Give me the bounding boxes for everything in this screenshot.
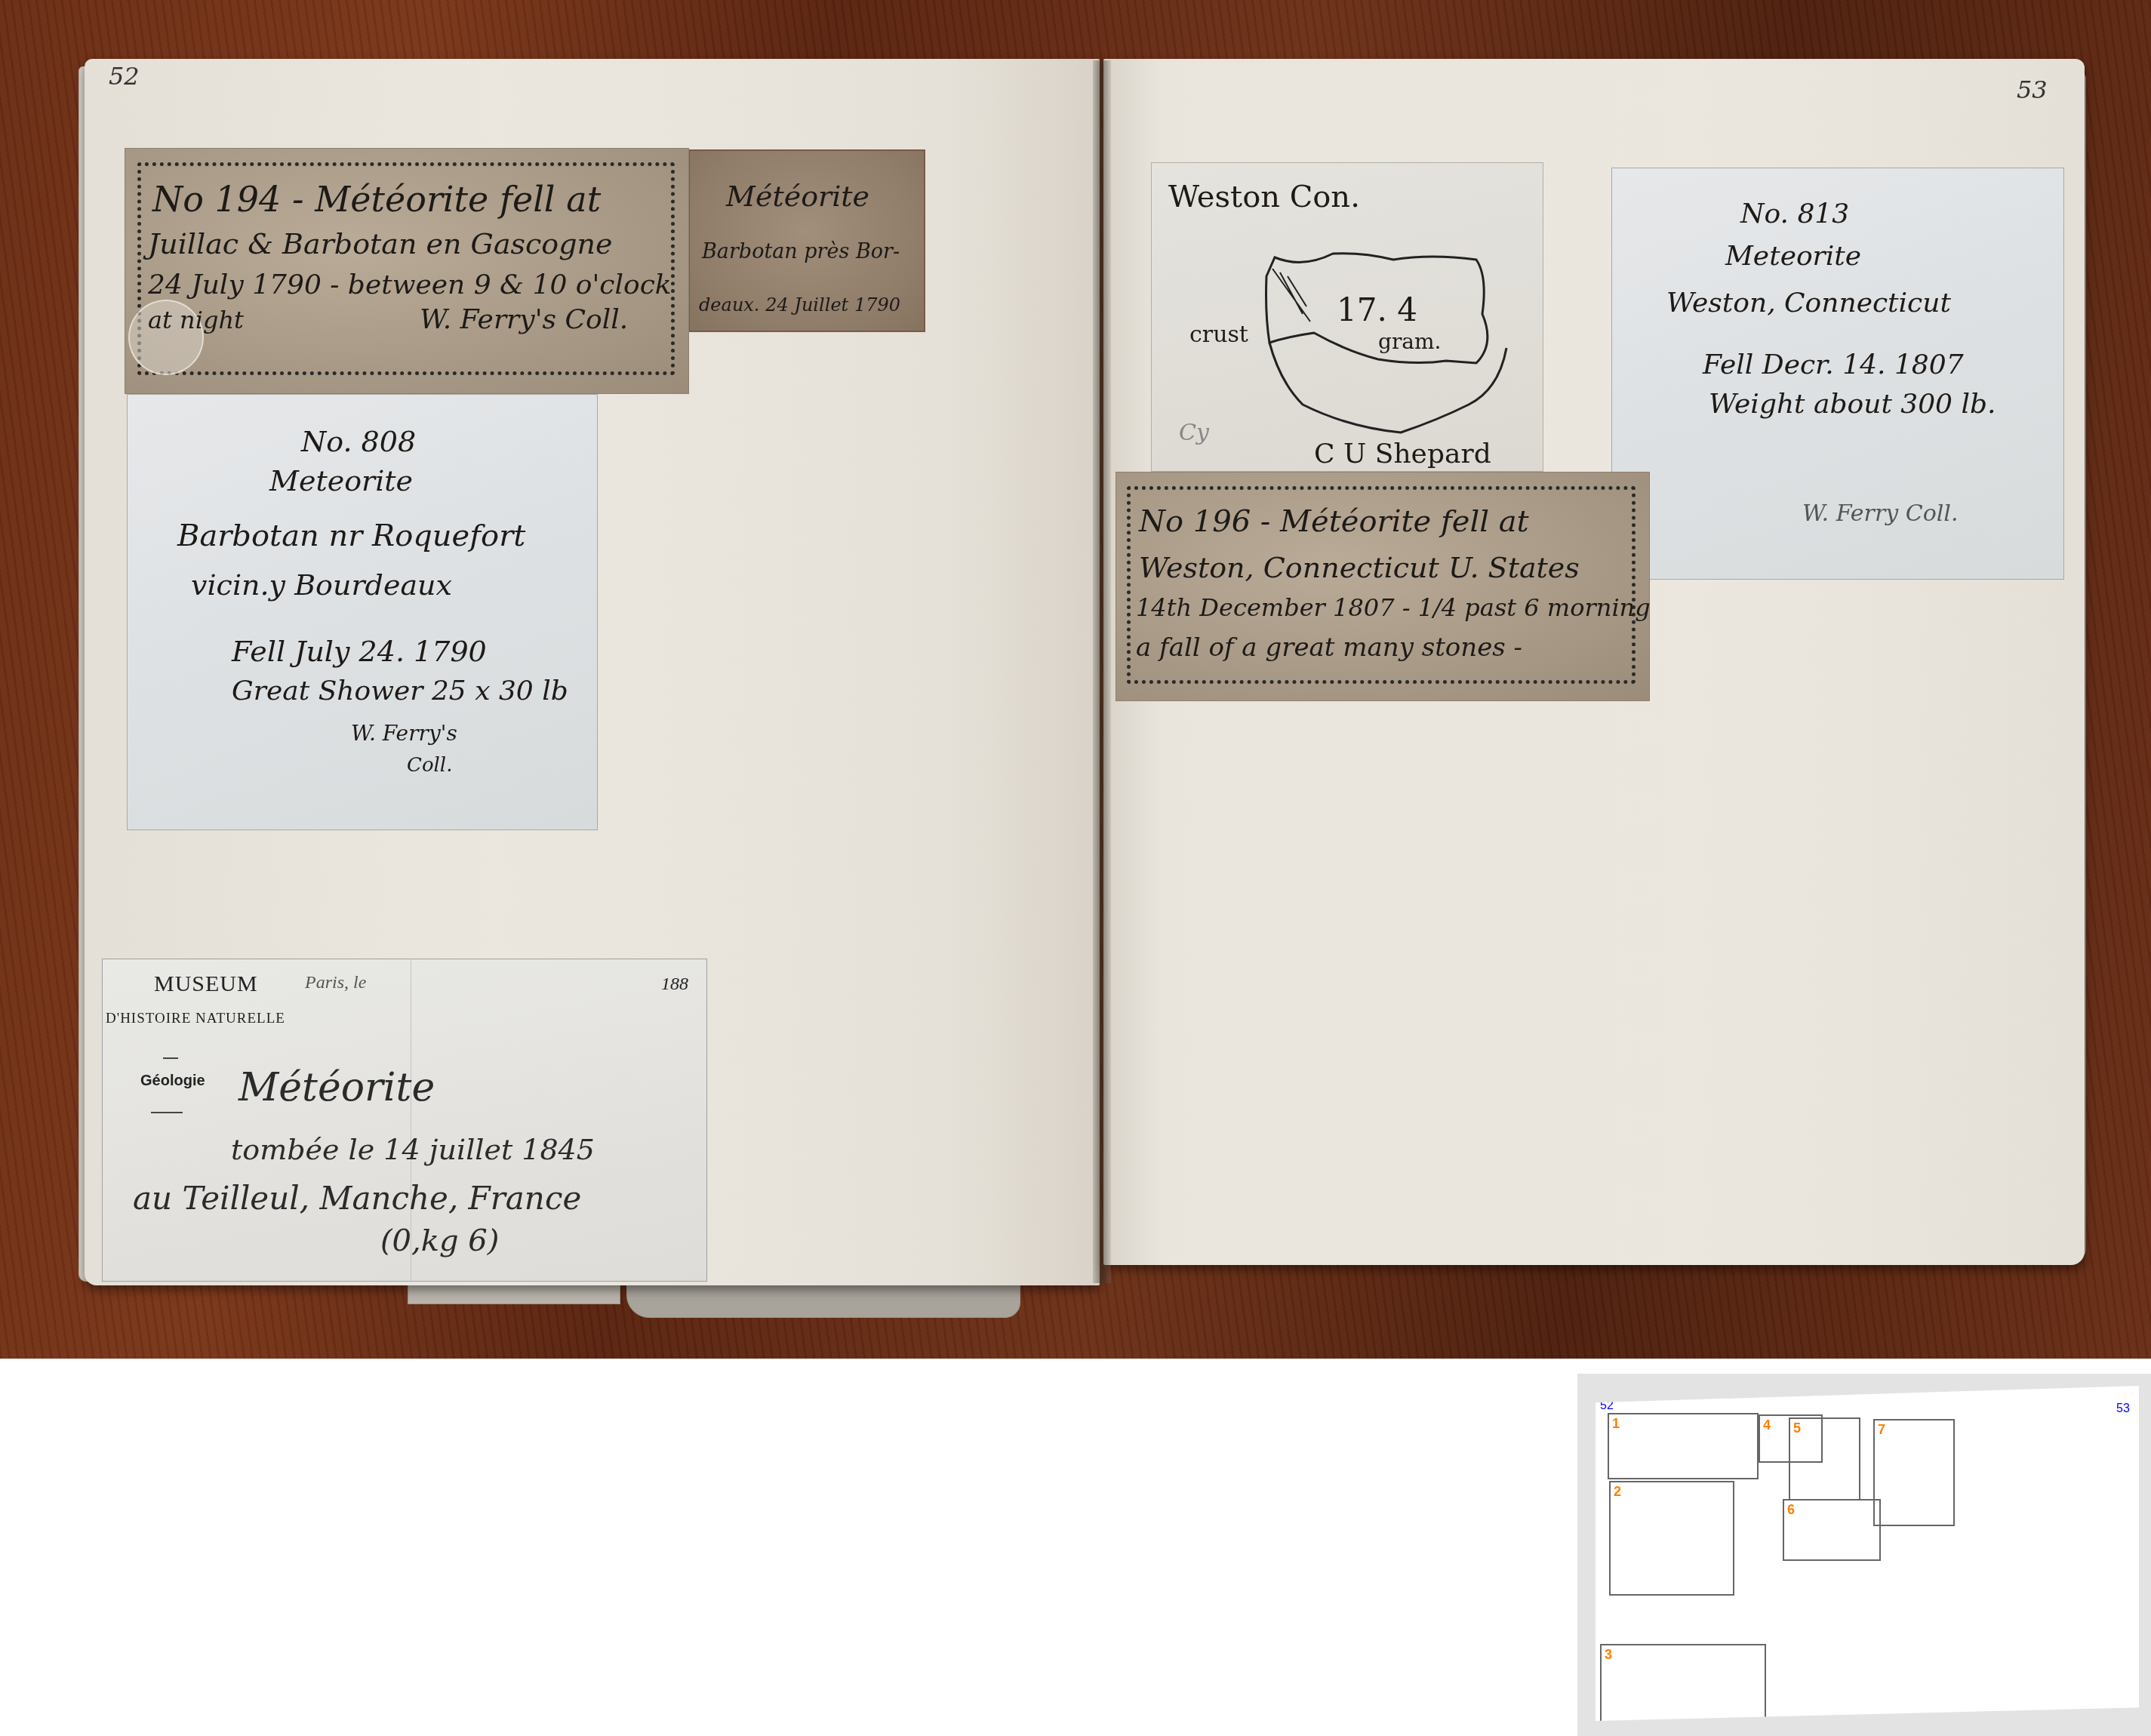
label-2-line-4: vicin.y Bourdeaux <box>191 568 452 602</box>
book-gutter <box>1093 60 1111 1283</box>
label-6-line-2: Weston, Connecticut U. States <box>1139 551 1580 584</box>
page-number-right: 53 <box>2017 75 2048 104</box>
label-3-line-4: (0,kg 6) <box>380 1224 499 1258</box>
place-date-field: Paris, le <box>305 973 366 993</box>
label-7-signature: W. Ferry Coll. <box>1802 500 1959 527</box>
diagram-box-number: 1 <box>1612 1416 1620 1432</box>
year-field: 188 <box>661 974 688 995</box>
label-5-crust: crust <box>1189 322 1248 348</box>
album-photo: 52 53 Météorite Barbotan près Bor- deaux… <box>0 0 2151 1359</box>
label-7-line-5: Weight about 300 lb. <box>1709 389 1996 420</box>
diagram-box-5: 5 <box>1789 1417 1860 1501</box>
label-5-weight: 17. 4 <box>1337 291 1417 328</box>
label-5-unit: gram. <box>1378 329 1441 354</box>
diagram-box-6: 6 <box>1783 1499 1881 1561</box>
page-number-left: 52 <box>109 62 140 91</box>
layout-diagram-page: 52 53 1 4 2 3 5 7 6 <box>1596 1386 2139 1721</box>
label-4-barbotan-bordeaux: Météorite Barbotan près Bor- deaux. 24 J… <box>688 149 925 332</box>
label-2-line-2: Meteorite <box>269 464 413 497</box>
diagram-box-7: 7 <box>1873 1419 1955 1526</box>
label-7-line-3: Weston, Connecticut <box>1666 288 1951 319</box>
label-5-pencil-note: Cy <box>1179 420 1209 446</box>
label-6-no-196: No 196 - Météorite fell at Weston, Conne… <box>1116 472 1650 701</box>
diagram-box-1: 1 <box>1608 1413 1759 1479</box>
diagram-box-number: 2 <box>1614 1484 1621 1500</box>
label-6-line-4: a fall of a great many stones - <box>1136 633 1522 663</box>
label-2-line-1: No. 808 <box>301 425 416 458</box>
diagram-box-number: 5 <box>1793 1421 1801 1436</box>
label-6-line-3: 14th December 1807 - 1/4 past 6 morning <box>1136 593 1651 622</box>
diagram-box-number: 3 <box>1605 1647 1612 1663</box>
label-1-no-194: No 194 - Météorite fell at Juillac & Bar… <box>125 148 689 394</box>
label-2-line-6: Great Shower 25 x 30 lb <box>232 676 568 706</box>
label-5-weston-sketch: Weston Con. crust 17. 4 gram. Cy C U She… <box>1151 162 1543 472</box>
label-4-line-1: Météorite <box>726 180 869 213</box>
museum-title: MUSEUM <box>154 971 258 997</box>
diagram-box-number: 4 <box>1763 1417 1771 1433</box>
diagram-box-3: 3 <box>1600 1644 1766 1730</box>
label-7-no-813: No. 813 Meteorite Weston, Connecticut Fe… <box>1611 168 2064 580</box>
label-1-signature: W. Ferry's Coll. <box>420 304 628 335</box>
diagram-page-number-left: 52 <box>1600 1399 1614 1413</box>
torn-paper-scrap <box>626 1283 1020 1318</box>
label-1-line-3: 24 July 1790 - between 9 & 10 o'clock <box>148 269 672 300</box>
label-2-line-3: Barbotan nr Roquefort <box>177 519 525 553</box>
diagram-box-2: 2 <box>1609 1481 1734 1596</box>
diagram-box-number: 7 <box>1878 1422 1885 1438</box>
label-3-museum-histoire-naturelle: MUSEUM D'HISTOIRE NATURELLE Géologie Par… <box>102 959 707 1282</box>
label-7-line-1: No. 813 <box>1740 199 1849 229</box>
label-7-line-4: Fell Decr. 14. 1807 <box>1703 349 1964 380</box>
label-3-line-1: Météorite <box>238 1065 435 1110</box>
torn-paper-scrap <box>408 1283 620 1304</box>
label-6-line-1: No 196 - Météorite fell at <box>1139 504 1529 539</box>
museum-subtitle: D'HISTOIRE NATURELLE <box>106 1011 285 1027</box>
label-1-line-4: at night <box>148 306 244 334</box>
divider-line <box>163 1057 178 1059</box>
label-2-signature-1: W. Ferry's <box>351 721 457 746</box>
label-1-line-1: No 194 - Météorite fell at <box>152 179 601 220</box>
label-7-line-2: Meteorite <box>1725 241 1861 272</box>
label-4-line-2: Barbotan près Bor- <box>702 240 900 263</box>
diagram-page-number-right: 53 <box>2116 1402 2130 1416</box>
label-4-line-3: deaux. 24 Juillet 1790 <box>699 294 900 315</box>
ornament-divider <box>151 1112 183 1113</box>
label-2-line-5: Fell July 24. 1790 <box>232 635 487 668</box>
department-label: Géologie <box>140 1073 205 1090</box>
label-2-no-808: No. 808 Meteorite Barbotan nr Roquefort … <box>127 394 598 830</box>
label-2-signature-2: Coll. <box>407 754 452 777</box>
label-5-signature: C U Shepard <box>1314 439 1491 469</box>
layout-diagram: 52 53 1 4 2 3 5 7 6 <box>1577 1374 2151 1736</box>
diagram-box-number: 6 <box>1787 1502 1795 1518</box>
label-3-line-3: au Teilleul, Manche, France <box>133 1180 581 1217</box>
label-1-line-2: Juillac & Barbotan en Gascogne <box>148 227 613 260</box>
label-3-line-2: tombée le 14 juillet 1845 <box>231 1133 595 1166</box>
